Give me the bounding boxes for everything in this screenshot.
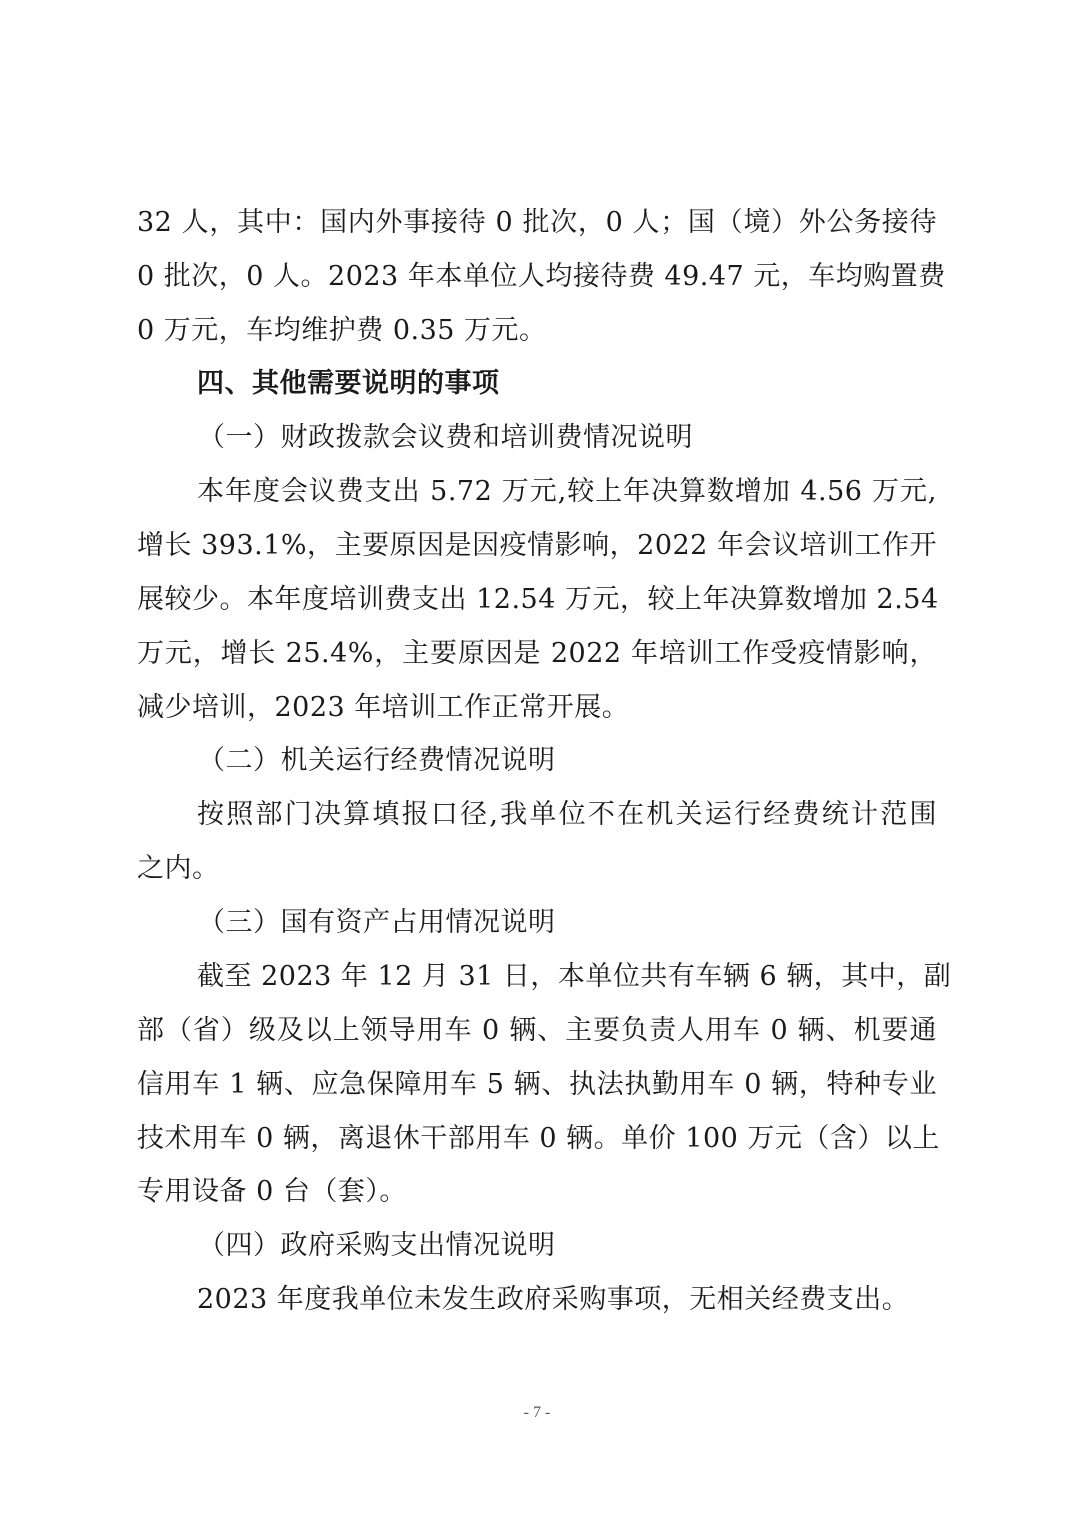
document-page: 32 人，其中：国内外事接待 0 批次，0 人；国（境）外公务接待 0 批次，0… [0, 0, 1074, 1520]
subsection-heading: （二）机关运行经费情况说明 [198, 741, 938, 781]
subsection-heading: （一）财政拨款会议费和培训费情况说明 [198, 418, 938, 458]
paragraph-line: 技术用车 0 辆，离退休干部用车 0 辆。单价 100 万元（含）以上 [137, 1119, 937, 1159]
paragraph-line: 0 批次，0 人。2023 年本单位人均接待费 49.47 元，车均购置费 [137, 257, 937, 297]
paragraph-line: 32 人，其中：国内外事接待 0 批次，0 人；国（境）外公务接待 [137, 203, 937, 243]
section-heading: 四、其他需要说明的事项 [197, 364, 937, 404]
paragraph-line: 减少培训，2023 年培训工作正常开展。 [137, 688, 937, 728]
paragraph-line: 0 万元，车均维护费 0.35 万元。 [137, 311, 937, 351]
subsection-heading: （三）国有资产占用情况说明 [198, 903, 938, 943]
paragraph-line: 按照部门决算填报口径,我单位不在机关运行经费统计范围 [197, 795, 937, 835]
paragraph-line: 展较少。本年度培训费支出 12.54 万元，较上年决算数增加 2.54 [137, 580, 937, 620]
paragraph-line: 信用车 1 辆、应急保障用车 5 辆、执法执勤用车 0 辆，特种专业 [137, 1065, 937, 1105]
page-number: - 7 - [507, 1404, 567, 1422]
subsection-heading: （四）政府采购支出情况说明 [198, 1226, 938, 1266]
paragraph-line: 万元，增长 25.4%，主要原因是 2022 年培训工作受疫情影响， [137, 634, 937, 674]
paragraph-line: 增长 393.1%，主要原因是因疫情影响，2022 年会议培训工作开 [137, 526, 937, 566]
paragraph-line: 2023 年度我单位未发生政府采购事项，无相关经费支出。 [197, 1280, 937, 1320]
paragraph-line: 部（省）级及以上领导用车 0 辆、主要负责人用车 0 辆、机要通 [137, 1011, 937, 1051]
paragraph-line: 之内。 [137, 849, 937, 889]
paragraph-line: 专用设备 0 台（套）。 [137, 1172, 937, 1212]
paragraph-line: 本年度会议费支出 5.72 万元,较上年决算数增加 4.56 万元, [197, 472, 937, 512]
paragraph-line: 截至 2023 年 12 月 31 日，本单位共有车辆 6 辆，其中，副 [197, 957, 937, 997]
